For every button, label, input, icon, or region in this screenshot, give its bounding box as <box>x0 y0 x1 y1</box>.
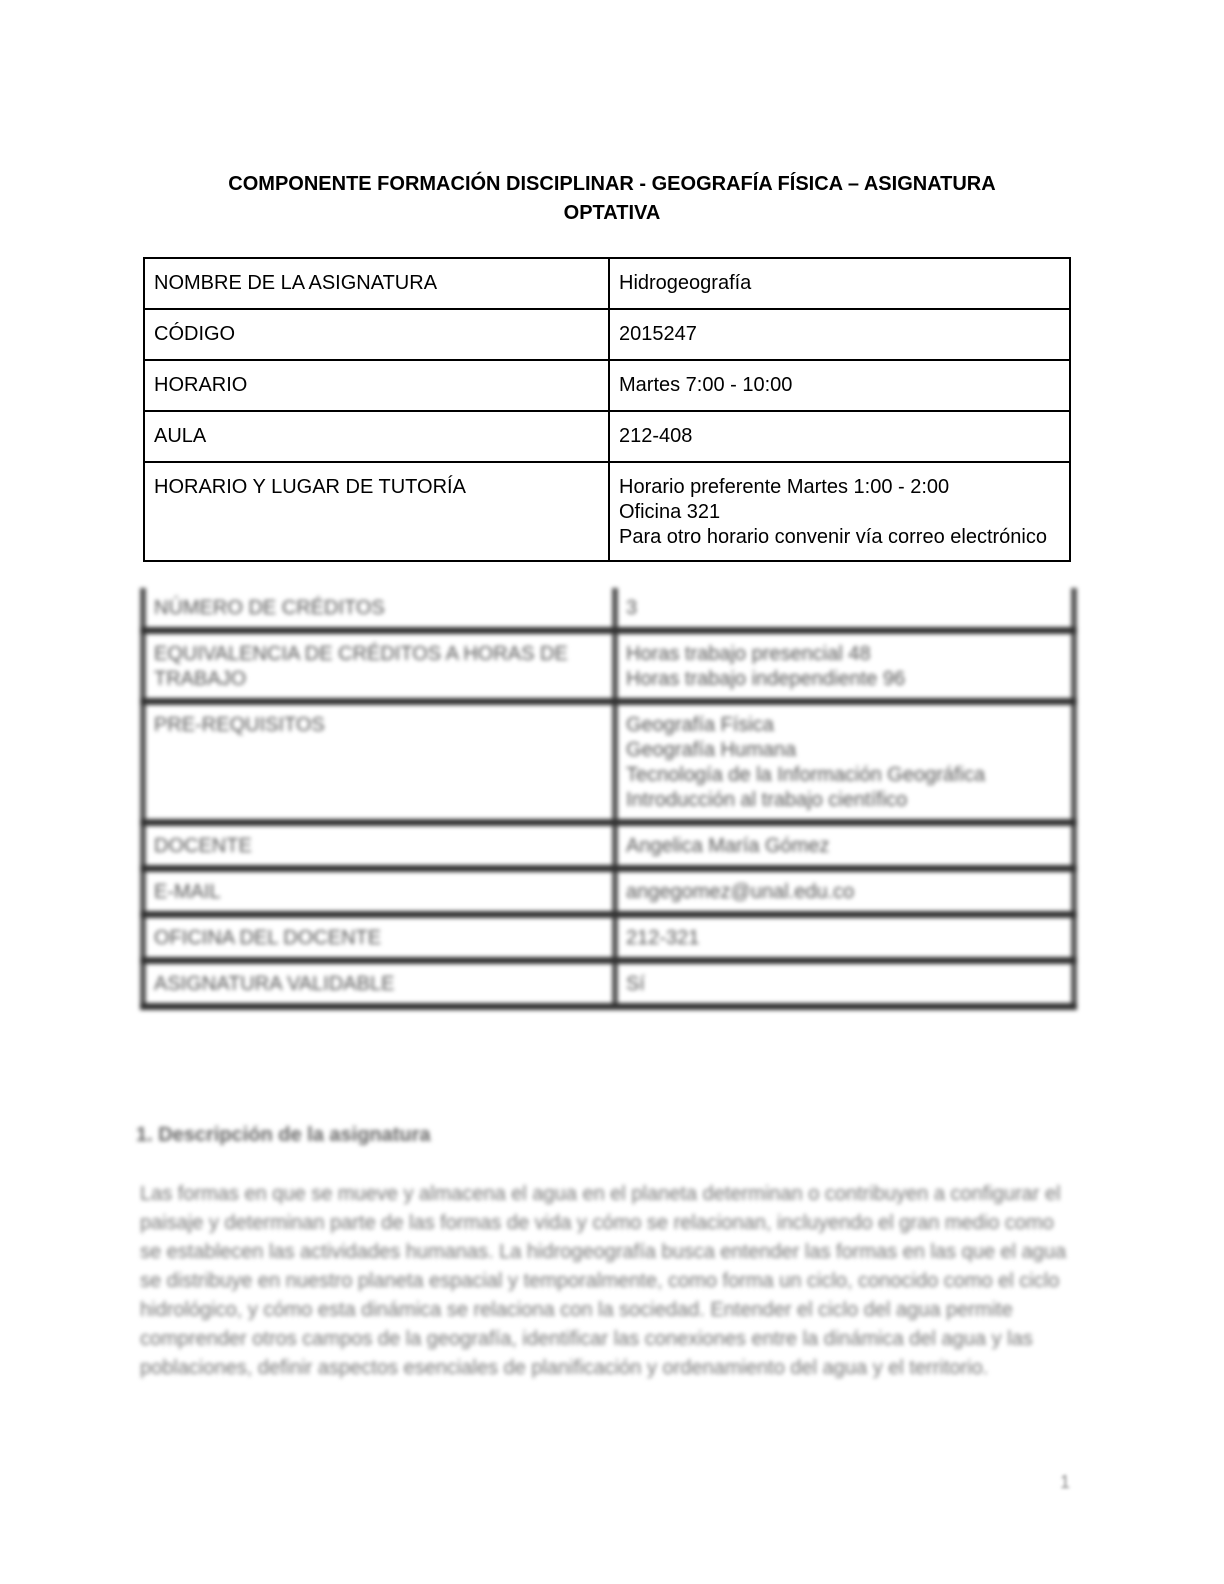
table-row: HORARIO Y LUGAR DE TUTORÍA Horario prefe… <box>144 462 1070 561</box>
row-label: HORARIO Y LUGAR DE TUTORÍA <box>144 462 609 561</box>
row-value: Sí <box>615 961 1074 1007</box>
row-value: 212-408 <box>609 411 1070 462</box>
row-value: Angelica María Gómez <box>615 823 1074 869</box>
row-label: CÓDIGO <box>144 309 609 360</box>
row-value: angegomez@unal.edu.co <box>615 869 1074 915</box>
row-label: EQUIVALENCIA DE CRÉDITOS A HORAS DE TRAB… <box>143 631 615 702</box>
table-row: PRE-REQUISITOSGeografía Física Geografía… <box>143 702 1074 823</box>
section-heading: 1. Descripción de la asignatura <box>136 1124 431 1147</box>
course-info-table: NOMBRE DE LA ASIGNATURA Hidrogeografía C… <box>143 257 1071 562</box>
table-row: AULA 212-408 <box>144 411 1070 462</box>
document-title: COMPONENTE FORMACIÓN DISCIPLINAR - GEOGR… <box>140 170 1084 228</box>
table-row: E-MAILangegomez@unal.edu.co <box>143 869 1074 915</box>
table-row: DOCENTEAngelica María Gómez <box>143 823 1074 869</box>
row-label: PRE-REQUISITOS <box>143 702 615 823</box>
table-row: NÚMERO DE CRÉDITOS3 <box>143 588 1074 631</box>
row-label: ASIGNATURA VALIDABLE <box>143 961 615 1007</box>
table-row: HORARIO Martes 7:00 - 10:00 <box>144 360 1070 411</box>
row-value: 2015247 <box>609 309 1070 360</box>
page-number: 1 <box>1060 1472 1070 1493</box>
redacted-table-section: NÚMERO DE CRÉDITOS3 EQUIVALENCIA DE CRÉD… <box>140 588 1077 1038</box>
row-value: 3 <box>615 588 1074 631</box>
document-title-line2: OPTATIVA <box>140 199 1084 228</box>
row-value: Horas trabajo presencial 48 Horas trabaj… <box>615 631 1074 702</box>
course-details-table: NÚMERO DE CRÉDITOS3 EQUIVALENCIA DE CRÉD… <box>140 588 1077 1010</box>
row-label: NÚMERO DE CRÉDITOS <box>143 588 615 631</box>
table-row: ASIGNATURA VALIDABLESí <box>143 961 1074 1007</box>
table-row: NOMBRE DE LA ASIGNATURA Hidrogeografía <box>144 258 1070 309</box>
row-label: OFICINA DEL DOCENTE <box>143 915 615 961</box>
row-label: AULA <box>144 411 609 462</box>
section-paragraph: Las formas en que se mueve y almacena el… <box>140 1180 1075 1383</box>
document-title-line1: COMPONENTE FORMACIÓN DISCIPLINAR - GEOGR… <box>140 170 1084 199</box>
row-value: Geografía Física Geografía Humana Tecnol… <box>615 702 1074 823</box>
table-row: CÓDIGO 2015247 <box>144 309 1070 360</box>
row-label: NOMBRE DE LA ASIGNATURA <box>144 258 609 309</box>
row-value: 212-321 <box>615 915 1074 961</box>
row-value: Martes 7:00 - 10:00 <box>609 360 1070 411</box>
row-label: DOCENTE <box>143 823 615 869</box>
table-row: EQUIVALENCIA DE CRÉDITOS A HORAS DE TRAB… <box>143 631 1074 702</box>
table-row: OFICINA DEL DOCENTE212-321 <box>143 915 1074 961</box>
row-value: Hidrogeografía <box>609 258 1070 309</box>
row-label: E-MAIL <box>143 869 615 915</box>
row-value: Horario preferente Martes 1:00 - 2:00 Of… <box>609 462 1070 561</box>
row-label: HORARIO <box>144 360 609 411</box>
